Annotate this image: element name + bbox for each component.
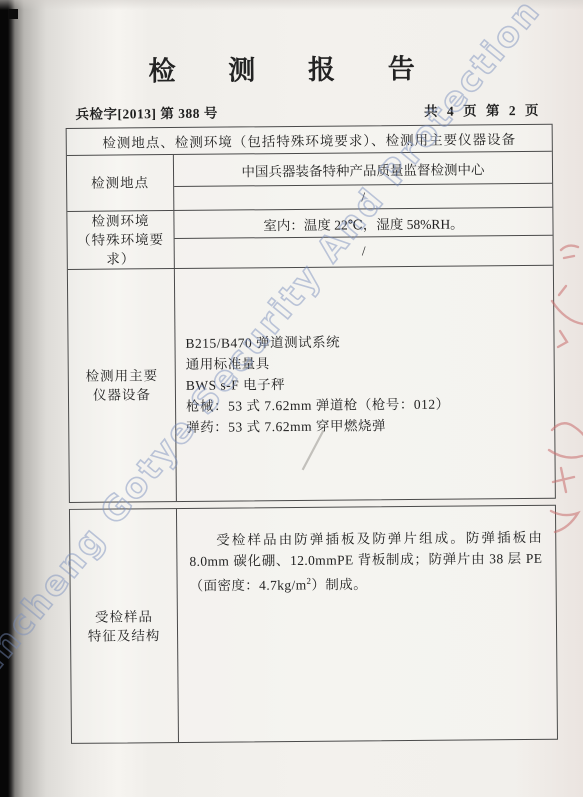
label-sample-structure: 受检样品 特征及结构 [70, 509, 179, 743]
label-test-location: 检测地点 [67, 155, 174, 211]
report-table: 检测地点、检测环境（包括特殊环境要求）、检测用主要仪器设备 检测地点 中国兵器装… [66, 124, 558, 744]
row-test-location: 检测地点 中国兵器装备特种产品质量监督检测中心 / [67, 151, 552, 211]
row-test-environment: 检测环境 （特殊环境要求） 室内：温度 22℃，湿度 58%RH。 / [67, 207, 552, 269]
value-test-environment: 室内：温度 22℃，湿度 58%RH。 [174, 208, 552, 238]
value-test-environment-2: / [175, 235, 553, 266]
value-test-location: 中国兵器装备特种产品质量监督检测中心 [174, 152, 552, 186]
table-block-main: 检测地点、检测环境（包括特殊环境要求）、检测用主要仪器设备 检测地点 中国兵器装… [66, 124, 556, 503]
report-sheet: 检 测 报 告 兵检字[2013] 第 388 号 共 4 页 第 2 页 检测… [0, 0, 583, 797]
document-meta-row: 兵检字[2013] 第 388 号 共 4 页 第 2 页 [75, 99, 541, 123]
label-test-environment: 检测环境 （特殊环境要求） [67, 211, 174, 269]
document-number: 兵检字[2013] 第 388 号 [75, 102, 218, 123]
row-sample-structure: 受检样品 特征及结构 受检样品由防弹插板及防弹片组成。防弹插板由 8.0mm 碳… [70, 506, 557, 743]
instrument-list: B215/B470 弹道测试系统 通用标准量具 BWS s-F 电子秤 枪械：5… [175, 266, 555, 501]
row-main-instruments: 检测用主要 仪器设备 B215/B470 弹道测试系统 通用标准量具 BWS s… [68, 265, 555, 502]
page-counter: 共 4 页 第 2 页 [424, 99, 542, 120]
value-test-location-2: / [174, 183, 552, 210]
scanned-page: 检 测 报 告 兵检字[2013] 第 388 号 共 4 页 第 2 页 检测… [0, 0, 583, 797]
table-block-sample: 受检样品 特征及结构 受检样品由防弹插板及防弹片组成。防弹插板由 8.0mm 碳… [69, 505, 558, 744]
label-main-instruments: 检测用主要 仪器设备 [68, 269, 177, 502]
page-title: 检 测 报 告 [0, 45, 580, 89]
instrument-item: 弹药：53 式 7.62mm 穿甲燃烧弹 [186, 413, 554, 437]
sample-description: 受检样品由防弹插板及防弹片组成。防弹插板由 8.0mm 碳化硼、12.0mmPE… [177, 506, 557, 742]
